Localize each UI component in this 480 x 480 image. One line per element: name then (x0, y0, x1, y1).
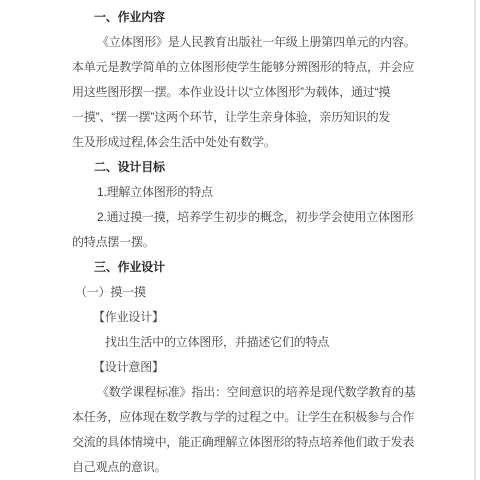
doc-line: 《数学课程标准》指出：空间意识的培养是现代数学教育的基 (0, 380, 480, 405)
document-page: { "page": { "background_color": "#ffffff… (0, 0, 480, 480)
page-edge-line (474, 0, 476, 480)
doc-line: （一）摸一摸 (0, 280, 480, 305)
doc-line: 本任务，应体现在数学教与学的过程之中。让学生在积极参与合作 (0, 405, 480, 430)
doc-line: 交流的具体情境中，能正确理解立体图形的特点培养他们敢于发表 (0, 430, 480, 455)
doc-heading-line: 二、设计目标 (0, 155, 480, 180)
doc-line: 1.理解立体图形的特点 (0, 180, 480, 205)
doc-line: 2.通过摸一摸，培养学生初步的概念，初步学会使用立体图形 (0, 205, 480, 230)
doc-line: 《立体图形》是人民教育出版社一年级上册第四单元的内容。 (0, 30, 480, 55)
doc-heading-line: 一、作业内容 (0, 5, 480, 30)
doc-line: 自己观点的意识。 (0, 455, 480, 480)
doc-line: 【设计意图】 (0, 355, 480, 380)
doc-line: 本单元是教学简单的立体图形使学生能够分辨图形的特点，并会应 (0, 55, 480, 80)
doc-line: 用这些图形摆一摆。本作业设计以“立体图形”为载体，通过“摸 (0, 80, 480, 105)
doc-line: 生及形成过程,体会生活中处处有数学。 (0, 130, 480, 155)
doc-line: 找出生活中的立体图形，并描述它们的特点 (0, 330, 480, 355)
document-body: 一、作业内容《立体图形》是人民教育出版社一年级上册第四单元的内容。本单元是教学简… (0, 5, 480, 480)
doc-line: 的特点摆一摆。 (0, 230, 480, 255)
doc-heading-line: 三、作业设计 (0, 255, 480, 280)
doc-line: 【作业设计】 (0, 305, 480, 330)
doc-line: 一摸”、“摆一摆”这两个环节，让学生亲身体验，亲历知识的发 (0, 105, 480, 130)
